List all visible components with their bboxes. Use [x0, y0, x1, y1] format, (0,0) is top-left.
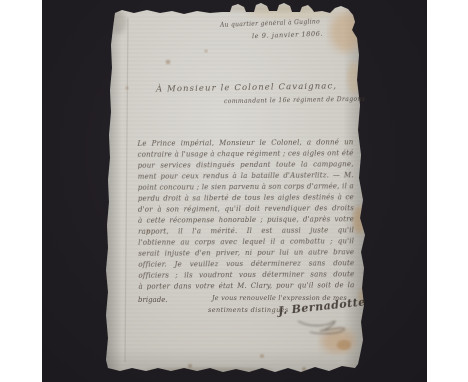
corner-stain	[330, 12, 362, 52]
letter-body: Le Prince impérial, Monsieur le Colonel,…	[137, 137, 354, 293]
auction-photo-page: Au quartier général à Guglino le 9. janv…	[0, 0, 468, 382]
photograph-black-background: Au quartier général à Guglino le 9. janv…	[42, 0, 427, 382]
foxing-stain	[353, 206, 365, 234]
handwriting-line: brigade.	[138, 296, 168, 304]
handwriting-line: à porter dans votre état M. Clary, pour …	[138, 280, 354, 293]
letter-closing: sentiments distingués	[208, 306, 289, 314]
